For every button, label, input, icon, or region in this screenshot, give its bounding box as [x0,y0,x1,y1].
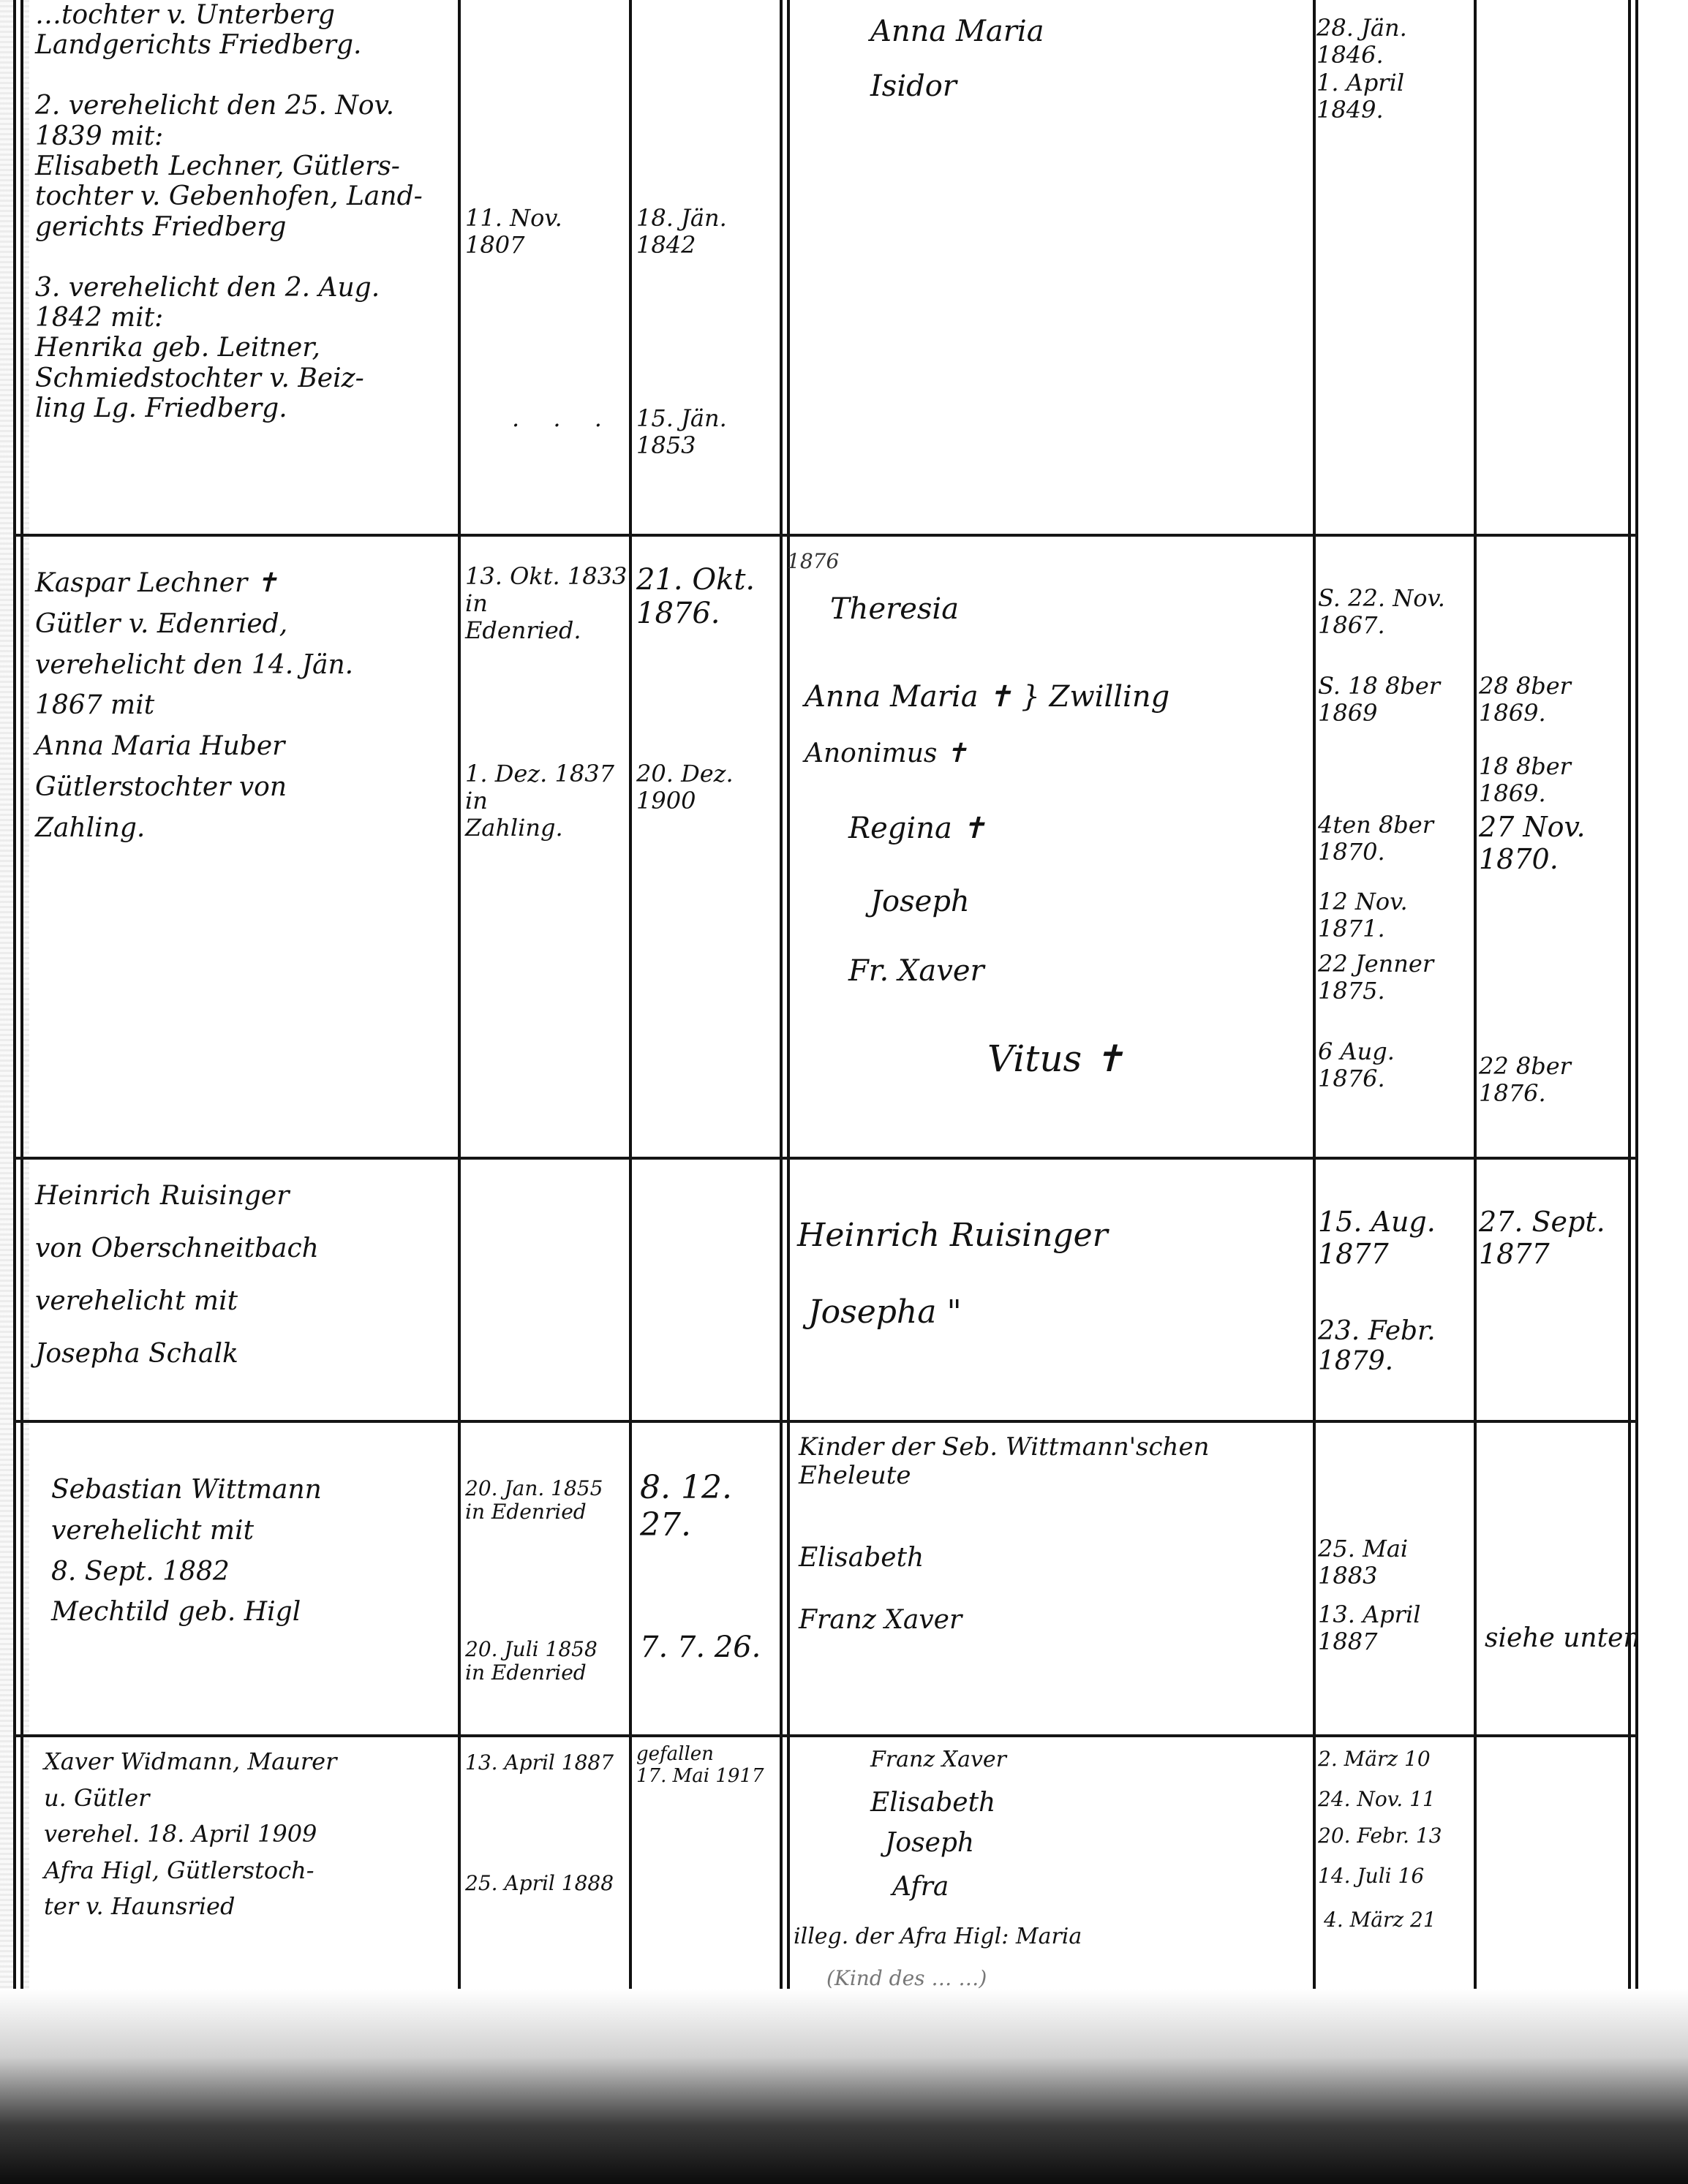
row-separator-2 [13,1157,1637,1160]
row2-child-name: Anonimus ✝ [805,738,1214,768]
row5-child-name: Franz Xaver [870,1747,1163,1773]
row4-children-header: Kinder der Seb. Wittmann'schen Eheleute [799,1433,1428,1490]
row4-died-2: 7. 7. 26. [640,1631,779,1664]
row2-child-born: S. 22. Nov. 1867. [1318,585,1472,639]
row1-child-name: Anna Maria [870,15,1280,48]
column-rule-died [629,0,632,1992]
row5-child-name: Afra [892,1872,1185,1902]
row4-born-1: 20. Jan. 1855 in Edenried [465,1477,628,1524]
row3-child-name: Josepha " [808,1294,1174,1331]
row5-child-name: illeg. der Afra Higl: Maria [794,1924,1305,1950]
row3-child-born: 15. Aug. 1877 [1318,1206,1472,1270]
row2-child-name: Fr. Xaver [848,954,1258,988]
row2-child-died: 22 8ber 1876. [1479,1053,1625,1107]
row2-child-born: 4ten 8ber 1870. [1318,812,1472,866]
row-separator-3 [13,1420,1637,1423]
row2-margin-year: 1876 [787,550,839,573]
row2-spouse-entry: Kaspar Lechner ✝ Gütler v. Edenried, ver… [35,563,452,849]
scan-bottom-shadow [0,1989,1688,2184]
row2-child-died: 28 8ber 1869. [1479,673,1625,727]
row1-died-1: 18. Jän. 1842 [636,205,775,259]
column-rule-child-born [1313,0,1316,1989]
row4-born-2: 20. Juli 1858 in Edenried [465,1638,628,1685]
row-separator-1 [13,534,1637,537]
row4-spouse-entry: Sebastian Wittmann verehelicht mit 8. Se… [51,1470,446,1633]
row5-child-born: 20. Febr. 13 [1318,1824,1472,1848]
row5-child-born: 24. Nov. 11 [1318,1788,1472,1811]
row5-died-1: gefallen 17. Mai 1917 [636,1744,775,1788]
row1-died-2: 15. Jän. 1853 [636,405,775,459]
column-rule-child-died [1474,0,1477,1992]
center-double-rule [780,0,790,2062]
row5-born-2: 25. April 1888 [465,1872,628,1895]
row4-died-1: 8. 12. 27. [640,1470,779,1543]
row3-child-died: 27. Sept. 1877 [1479,1206,1625,1270]
row4-child-name: Elisabeth [799,1543,1208,1573]
row5-footnote: (Kind des … …) [826,1967,1338,1990]
row1-child-born: 1. April 1849. [1316,69,1470,124]
row5-spouse-entry: Xaver Widmann, Maurer u. Gütler verehel.… [44,1744,453,1925]
row5-child-born: 2. März 10 [1318,1747,1472,1771]
row-separator-4 [13,1734,1637,1737]
row2-born-1: 13. Okt. 1833 in Edenried. [465,563,628,643]
row2-child-born: 6 Aug. 1876. [1318,1038,1472,1092]
row2-child-name: Anna Maria ✝ } Zwilling [805,680,1309,714]
row4-child-died-note: siehe unten [1485,1623,1675,1653]
left-border-double-rule [13,0,23,2003]
row1-spouse-entry: …tochter v. Unterberg Landgerichts Fried… [35,0,452,423]
row2-child-born: 12 Nov. 1871. [1318,888,1472,942]
row2-child-died: 27 Nov. 1870. [1479,812,1625,875]
row3-spouse-entry: Heinrich Ruisinger von Oberschneitbach v… [35,1170,452,1380]
row3-child-name: Heinrich Ruisinger [797,1217,1302,1255]
row1-child-name: Isidor [870,69,1280,103]
row3-child-born: 23. Febr. 1879. [1318,1316,1472,1377]
row1-child-born: 28. Jän. 1846. [1316,15,1470,69]
row2-child-name: Vitus ✝ [987,1038,1280,1081]
row2-child-died: 18 8ber 1869. [1479,753,1625,807]
row5-born-1: 13. April 1887 [465,1751,628,1775]
row2-died-1: 21. Okt. 1876. [636,563,775,630]
row4-child-name: Franz Xaver [799,1605,1208,1635]
right-border-double-rule [1628,0,1638,2003]
row1-born-1: 11. Nov. 1807 [465,205,628,259]
row1-born-2: . . . [512,405,622,432]
row5-child-born: 14. Juli 16 [1318,1864,1472,1888]
row2-died-2: 20. Dez. 1900 [636,760,775,815]
row2-child-name: Joseph [870,885,1280,918]
column-rule-born [458,0,461,1992]
row5-child-name: Joseph [885,1828,1178,1858]
row2-child-born: 22 Jenner 1875. [1318,951,1472,1005]
row4-child-born: 25. Mai 1883 [1318,1535,1472,1590]
row2-child-name: Theresia [830,592,1298,626]
row2-born-2: 1. Dez. 1837 in Zahling. [465,760,628,841]
row5-child-name: Elisabeth [870,1788,1163,1818]
row2-child-born: S. 18 8ber 1869 [1318,673,1472,727]
row2-child-name: Regina ✝ [848,812,1258,845]
row4-child-born: 13. April 1887 [1318,1601,1472,1655]
row5-child-born: 4. März 21 [1324,1908,1477,1932]
